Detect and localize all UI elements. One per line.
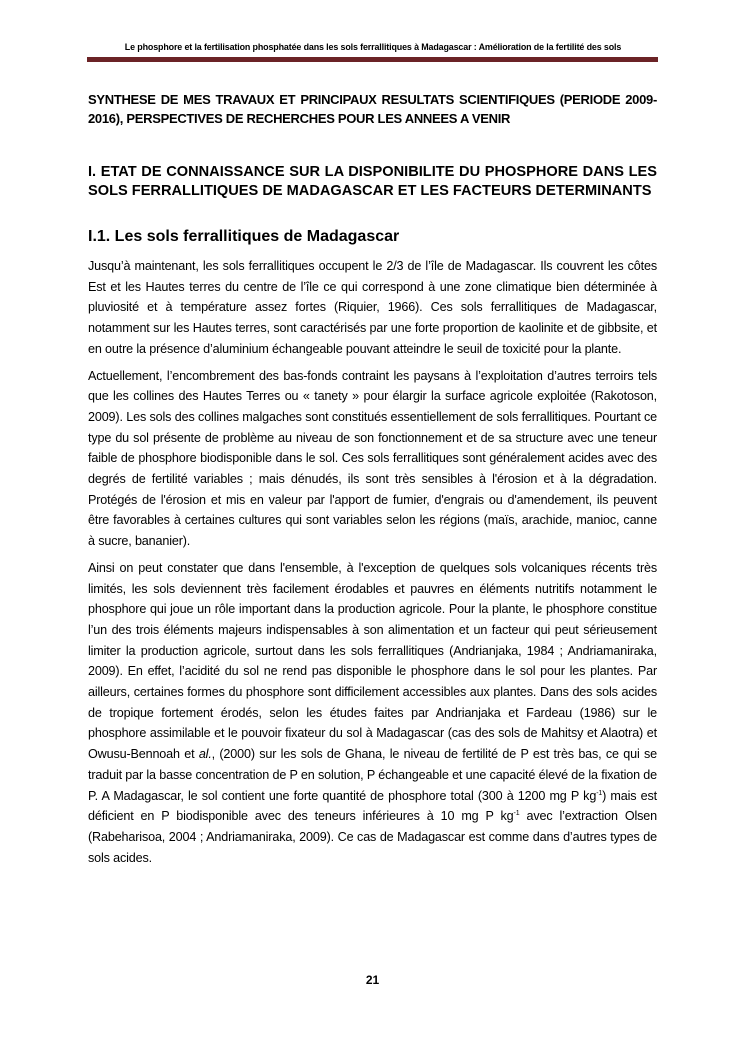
running-header: Le phosphore et la fertilisation phospha… — [108, 42, 638, 53]
et-al-italic: al. — [199, 747, 212, 761]
paragraph-3: Ainsi on peut constater que dans l'ensem… — [88, 558, 657, 869]
page-number: 21 — [0, 973, 745, 987]
subsection-heading: I.1. Les sols ferrallitiques de Madagasc… — [88, 227, 657, 247]
synthese-title: SYNTHESE DE MES TRAVAUX ET PRINCIPAUX RE… — [88, 90, 657, 128]
section-heading: I. ETAT DE CONNAISSANCE SUR LA DISPONIBI… — [88, 163, 657, 201]
document-page: Le phosphore et la fertilisation phospha… — [0, 0, 745, 1053]
paragraph-3-text-a: Ainsi on peut constater que dans l'ensem… — [88, 561, 657, 761]
header-rule — [87, 57, 658, 62]
body-text: Jusqu’à maintenant, les sols ferrallitiq… — [88, 256, 657, 874]
paragraph-1: Jusqu’à maintenant, les sols ferrallitiq… — [88, 256, 657, 360]
paragraph-2: Actuellement, l’encombrement des bas-fon… — [88, 366, 657, 552]
